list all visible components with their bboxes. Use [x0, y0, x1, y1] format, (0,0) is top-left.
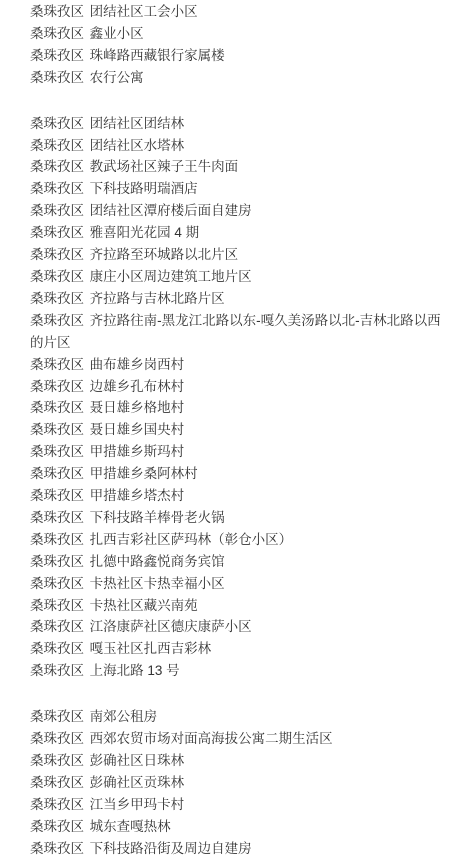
- location-name: 齐拉路与吉林北路片区: [90, 291, 225, 306]
- list-line: 桑珠孜区彭确社区日珠林: [30, 750, 450, 772]
- list-line: 桑珠孜区团结社区工会小区: [30, 1, 450, 23]
- location-name: 彭确社区贡珠林: [90, 775, 185, 790]
- district-name: 桑珠孜区: [30, 70, 84, 85]
- list-line: 桑珠孜区康庄小区周边建筑工地片区: [30, 266, 450, 288]
- location-name: 教武场社区辣子王牛肉面: [90, 159, 239, 174]
- list-line: 桑珠孜区江洛康萨社区德庆康萨小区: [30, 616, 450, 638]
- district-name: 桑珠孜区: [30, 532, 84, 547]
- district-name: 桑珠孜区: [30, 731, 84, 746]
- list-line: 桑珠孜区农行公寓: [30, 67, 450, 89]
- list-line: 桑珠孜区扎西吉彩社区萨玛林（彰仓小区）: [30, 529, 450, 551]
- district-name: 桑珠孜区: [30, 269, 84, 284]
- district-name: 桑珠孜区: [30, 422, 84, 437]
- district-name: 桑珠孜区: [30, 225, 84, 240]
- location-name: 南郊公租房: [90, 709, 158, 724]
- list-line: 桑珠孜区卡热社区藏兴南苑: [30, 595, 450, 617]
- location-name: 团结社区潭府楼后面自建房: [90, 203, 252, 218]
- district-name: 桑珠孜区: [30, 619, 84, 634]
- district-name: 桑珠孜区: [30, 753, 84, 768]
- list-line: 桑珠孜区下科技路沿街及周边自建房: [30, 838, 450, 860]
- district-name: 桑珠孜区: [30, 554, 84, 569]
- district-name: 桑珠孜区: [30, 466, 84, 481]
- list-line: 桑珠孜区扎德中路鑫悦商务宾馆: [30, 551, 450, 573]
- document-page: 桑珠孜区团结社区工会小区桑珠孜区鑫业小区桑珠孜区珠峰路西藏银行家属楼桑珠孜区农行…: [0, 0, 462, 863]
- list-line: 桑珠孜区团结社区团结林: [30, 113, 450, 135]
- list-line: 桑珠孜区下科技路羊棒骨老火锅: [30, 507, 450, 529]
- group-1: 桑珠孜区团结社区工会小区桑珠孜区鑫业小区桑珠孜区珠峰路西藏银行家属楼桑珠孜区农行…: [30, 1, 450, 89]
- district-list: 桑珠孜区团结社区工会小区桑珠孜区鑫业小区桑珠孜区珠峰路西藏银行家属楼桑珠孜区农行…: [30, 1, 450, 860]
- location-name: 甲措雄乡桑阿林村: [90, 466, 198, 481]
- list-line: 桑珠孜区聂日雄乡国央村: [30, 419, 450, 441]
- location-name: 城东查嘎热林: [90, 819, 171, 834]
- location-name: 团结社区工会小区: [90, 4, 198, 19]
- list-line: 桑珠孜区甲措雄乡塔杰村: [30, 485, 450, 507]
- district-name: 桑珠孜区: [30, 291, 84, 306]
- location-name: 彭确社区日珠林: [90, 753, 185, 768]
- district-name: 桑珠孜区: [30, 641, 84, 656]
- list-line: 桑珠孜区珠峰路西藏银行家属楼: [30, 45, 450, 67]
- location-name: 西郊农贸市场对面高海拔公寓二期生活区: [90, 731, 333, 746]
- district-name: 桑珠孜区: [30, 775, 84, 790]
- list-line: 桑珠孜区齐拉路至环城路以北片区: [30, 244, 450, 266]
- list-line: 桑珠孜区团结社区潭府楼后面自建房: [30, 200, 450, 222]
- location-name: 上海北路 13 号: [90, 663, 180, 678]
- district-name: 桑珠孜区: [30, 598, 84, 613]
- list-line: 桑珠孜区曲布雄乡岗西村: [30, 354, 450, 376]
- district-name: 桑珠孜区: [30, 247, 84, 262]
- location-name: 农行公寓: [90, 70, 144, 85]
- district-name: 桑珠孜区: [30, 797, 84, 812]
- list-line: 桑珠孜区齐拉路往南-黑龙江北路以东-嘎久美汤路以北-吉林北路以西的片区: [30, 310, 450, 354]
- location-name: 下科技路羊棒骨老火锅: [90, 510, 225, 525]
- district-name: 桑珠孜区: [30, 841, 84, 856]
- district-name: 桑珠孜区: [30, 116, 84, 131]
- location-name: 扎西吉彩社区萨玛林（彰仓小区）: [90, 532, 293, 547]
- location-name: 聂日雄乡格地村: [90, 400, 185, 415]
- list-line: 桑珠孜区甲措雄乡斯玛村: [30, 441, 450, 463]
- district-name: 桑珠孜区: [30, 138, 84, 153]
- list-line: 桑珠孜区西郊农贸市场对面高海拔公寓二期生活区: [30, 728, 450, 750]
- list-line: 桑珠孜区雅喜阳光花园 4 期: [30, 222, 450, 244]
- list-line: 桑珠孜区教武场社区辣子王牛肉面: [30, 156, 450, 178]
- list-line: 桑珠孜区卡热社区卡热幸福小区: [30, 573, 450, 595]
- district-name: 桑珠孜区: [30, 819, 84, 834]
- list-line: 桑珠孜区上海北路 13 号: [30, 660, 450, 682]
- location-name: 齐拉路至环城路以北片区: [90, 247, 239, 262]
- list-line: 桑珠孜区甲措雄乡桑阿林村: [30, 463, 450, 485]
- district-name: 桑珠孜区: [30, 488, 84, 503]
- location-name: 甲措雄乡塔杰村: [90, 488, 185, 503]
- location-name: 康庄小区周边建筑工地片区: [90, 269, 252, 284]
- location-name: 卡热社区卡热幸福小区: [90, 576, 225, 591]
- district-name: 桑珠孜区: [30, 663, 84, 678]
- district-name: 桑珠孜区: [30, 159, 84, 174]
- list-line: 桑珠孜区边雄乡孔布林村: [30, 376, 450, 398]
- district-name: 桑珠孜区: [30, 181, 84, 196]
- district-name: 桑珠孜区: [30, 576, 84, 591]
- district-name: 桑珠孜区: [30, 444, 84, 459]
- district-name: 桑珠孜区: [30, 48, 84, 63]
- location-name: 扎德中路鑫悦商务宾馆: [90, 554, 225, 569]
- list-line: 桑珠孜区团结社区水塔林: [30, 135, 450, 157]
- list-line: 桑珠孜区下科技路明瑞酒店: [30, 178, 450, 200]
- list-line: 桑珠孜区江当乡甲玛卡村: [30, 794, 450, 816]
- location-name: 齐拉路往南-黑龙江北路以东-嘎久美汤路以北-吉林北路以西的片区: [30, 313, 441, 350]
- district-name: 桑珠孜区: [30, 4, 84, 19]
- district-name: 桑珠孜区: [30, 709, 84, 724]
- list-line: 桑珠孜区鑫业小区: [30, 23, 450, 45]
- list-line: 桑珠孜区聂日雄乡格地村: [30, 397, 450, 419]
- list-line: 桑珠孜区彭确社区贡珠林: [30, 772, 450, 794]
- district-name: 桑珠孜区: [30, 313, 84, 328]
- location-name: 鑫业小区: [90, 26, 144, 41]
- location-name: 嘎玉社区扎西吉彩林: [90, 641, 212, 656]
- location-name: 团结社区团结林: [90, 116, 185, 131]
- location-name: 江洛康萨社区德庆康萨小区: [90, 619, 252, 634]
- location-name: 雅喜阳光花园 4 期: [90, 225, 200, 240]
- list-line: 桑珠孜区城东查嘎热林: [30, 816, 450, 838]
- list-line: 桑珠孜区齐拉路与吉林北路片区: [30, 288, 450, 310]
- location-name: 甲措雄乡斯玛村: [90, 444, 185, 459]
- location-name: 珠峰路西藏银行家属楼: [90, 48, 225, 63]
- district-name: 桑珠孜区: [30, 400, 84, 415]
- location-name: 下科技路明瑞酒店: [90, 181, 198, 196]
- district-name: 桑珠孜区: [30, 379, 84, 394]
- group-2: 桑珠孜区团结社区团结林桑珠孜区团结社区水塔林桑珠孜区教武场社区辣子王牛肉面桑珠孜…: [30, 113, 450, 683]
- district-name: 桑珠孜区: [30, 510, 84, 525]
- district-name: 桑珠孜区: [30, 357, 84, 372]
- location-name: 聂日雄乡国央村: [90, 422, 185, 437]
- location-name: 卡热社区藏兴南苑: [90, 598, 198, 613]
- district-name: 桑珠孜区: [30, 203, 84, 218]
- location-name: 曲布雄乡岗西村: [90, 357, 185, 372]
- group-3: 桑珠孜区南郊公租房桑珠孜区西郊农贸市场对面高海拔公寓二期生活区桑珠孜区彭确社区日…: [30, 706, 450, 859]
- list-line: 桑珠孜区南郊公租房: [30, 706, 450, 728]
- location-name: 边雄乡孔布林村: [90, 379, 185, 394]
- location-name: 团结社区水塔林: [90, 138, 185, 153]
- district-name: 桑珠孜区: [30, 26, 84, 41]
- location-name: 江当乡甲玛卡村: [90, 797, 185, 812]
- list-line: 桑珠孜区嘎玉社区扎西吉彩林: [30, 638, 450, 660]
- location-name: 下科技路沿街及周边自建房: [90, 841, 252, 856]
